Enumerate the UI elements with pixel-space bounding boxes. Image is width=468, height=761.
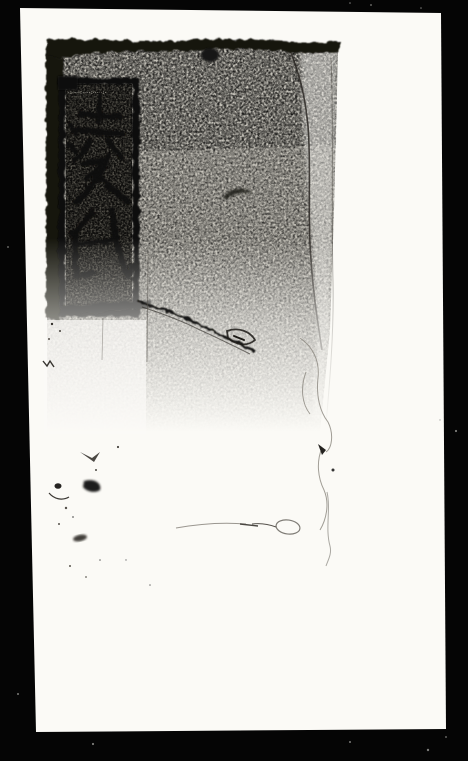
scanned-cover-image: ·:·-··:··-·:··-··:· [0,0,468,761]
label-corner-blot [58,76,78,90]
top-edge-knot [201,48,219,62]
ink-speck [332,469,335,472]
texture-fadeout-left [44,320,146,434]
scan-canvas: 凌氏 [0,0,468,761]
